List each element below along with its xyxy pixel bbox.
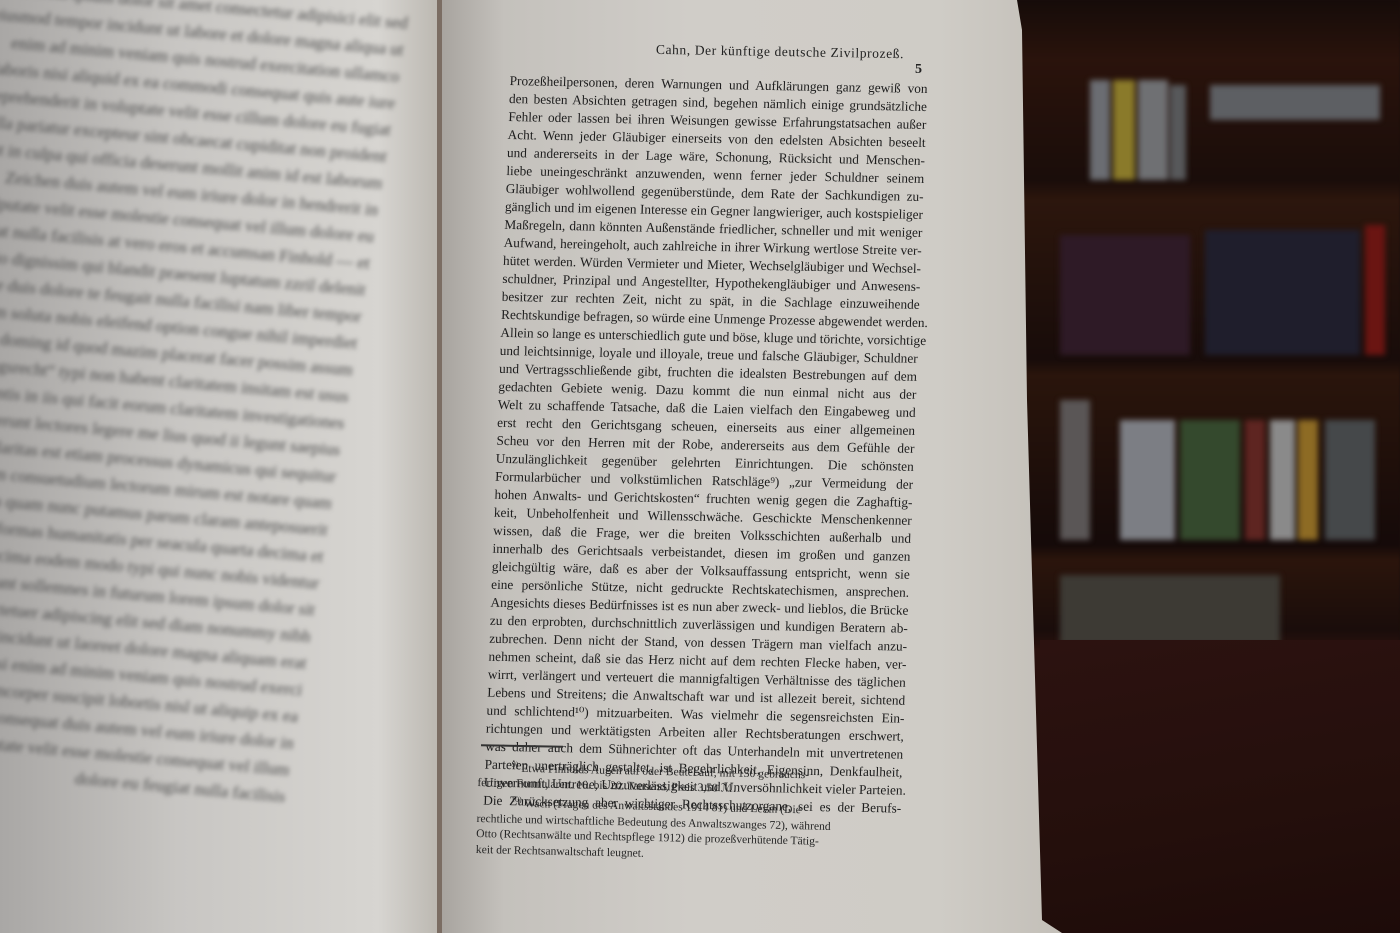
footnote-marker: 10): [511, 795, 522, 804]
left-page: Vor- Lorem ipsum dolor sit amet consecte…: [0, 0, 445, 933]
footnotes: 9) Etwa Finholds Augen auf oder Beutel a…: [476, 756, 948, 868]
desk-surface: [1040, 640, 1400, 933]
page-number: 5: [915, 62, 922, 78]
footnote-marker: 9): [512, 760, 519, 769]
shelf-books-row-3: [1040, 390, 1400, 540]
body-text: Prozeßheilpersonen, deren Warnungen und …: [483, 72, 928, 818]
shelf-books-row-2: [1030, 220, 1400, 355]
shelf-books-row-1: [1030, 70, 1400, 180]
shelf-books-row-4: [1040, 570, 1400, 645]
left-page-blurred-text: Vor- Lorem ipsum dolor sit amet consecte…: [0, 0, 410, 810]
